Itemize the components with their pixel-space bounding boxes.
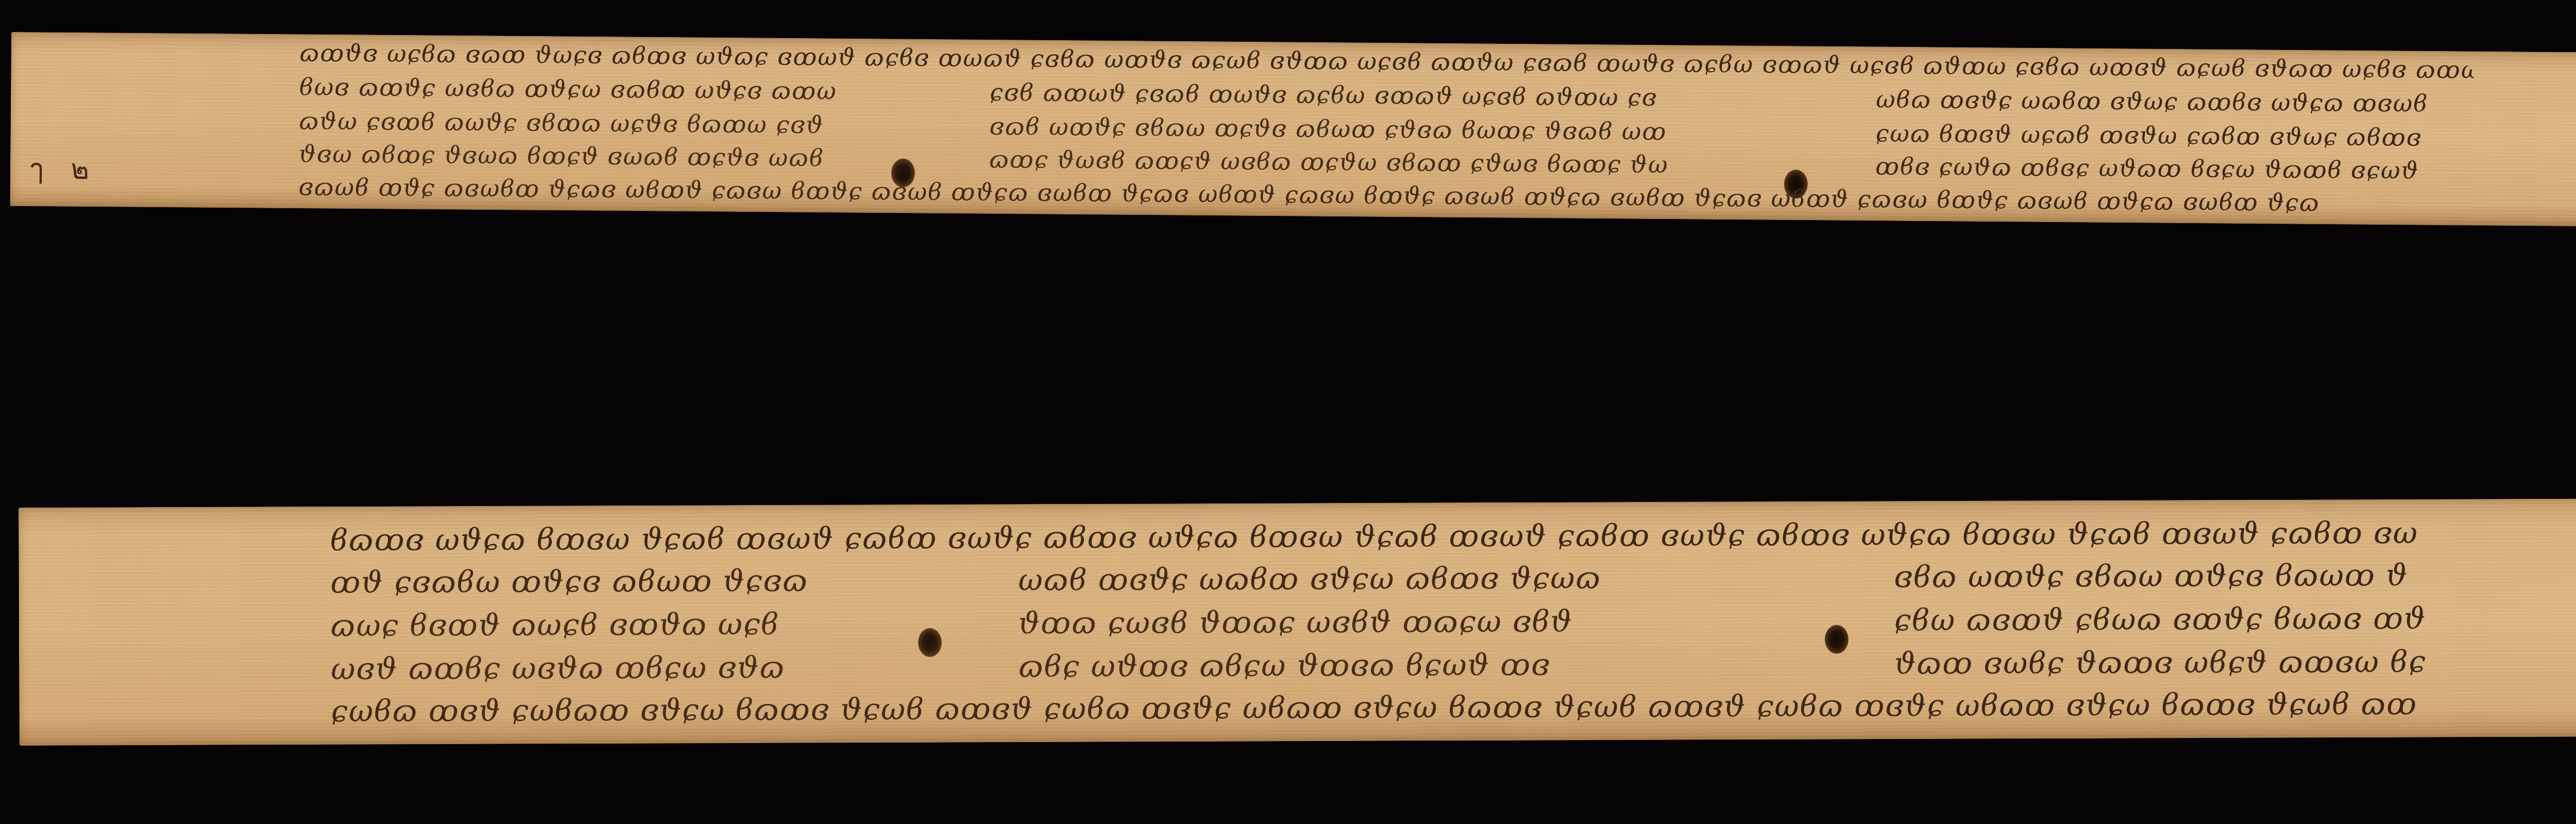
text-line-4-col-c: ꝏϐɞ ɕωϑɷ ꝏϐɞɕ ωϑɷꝏ ϐɞɕω ϑɷꝏϐ ɞɕωϑ <box>1875 152 2473 187</box>
text-line-3-col-b: ϑꝏɷ ɕωɞϐ ϑꝏɷɕ ωɞϐϑ ꝏɷɕω ɞϐϑ <box>1019 602 1760 645</box>
text-line-2-col-a: ꝏϑ ɕɞɷϐω ꝏϑɕɞ ɷϐωꝏ ϑɕɞɷ <box>330 562 871 604</box>
text-line-4-col-b: ɷꝏɕ ϑωɞϐ ɷꝏɕϑ ωɞϐɷ ꝏɕϑω ɞϐɷꝏ ɕϑωɞ ϐɷꝏɕ ϑ… <box>989 145 1752 182</box>
text-line-3-col-c: ɕωɷ ϐꝏɞϑ ωɕɷϐ ꝏɞϑω ɕɷϐꝏ ɞϑωɕ ɷϐꝏɞ <box>1875 119 2473 154</box>
text-line-2-col-c: ɞϐɷ ωꝏϑɕ ɞϐɷω ꝏϑɕɞ ϐɷωꝏ ϑ <box>1894 557 2489 599</box>
string-hole-left <box>918 628 942 657</box>
palm-leaf-folio-top: ๅ ๒ ɷꝏϑɞ ωɕϐɷ ɞɷꝏ ϑωɕɞ ɷϐꝏɞ ωϑɷɕ ɞꝏωϑ ɷɕ… <box>10 32 2576 227</box>
string-hole-right <box>1825 625 1849 654</box>
palm-leaf-folio-bottom: ϐɷꝏɞ ωϑɕɷ ϐꝏɞω ϑɕɷϐ ꝏɞωϑ ɕɷϐꝏ ɞωϑɕ ɷϐꝏɞ … <box>19 498 2576 746</box>
text-line-3-col-a: ɷϑω ɕɞꝏϐ ɷωϑɕ ɞϐꝏɷ ωɕϑɞ ϐɷꝏω ɕɞϑ <box>299 106 855 141</box>
text-line-2-col-b: ɕɞϐ ɷꝏωϑ ɕɞɷϐ ꝏωϑɞ ɷɕϐω ɞꝏɷϑ ωɕɞϐ ɷϑꝏω ɕ… <box>990 78 1752 115</box>
text-line-2-col-c: ωϐɷ ꝏɞϑɕ ωɷϐꝏ ɞϑωɕ ɷꝏϐɞ ωϑɕɷ ꝏɞωϐ <box>1876 85 2473 120</box>
text-line-1: ϐɷꝏɞ ωϑɕɷ ϐꝏɞω ϑɕɷϐ ꝏɞωϑ ɕɷϐꝏ ɞωϑɕ ɷϐꝏɞ … <box>330 514 2489 562</box>
text-line-4-col-a: ϑɞω ɷϐꝏɕ ϑɞωɷ ϐꝏɕϑ ɞωɷϐ ꝏɕϑɞ ωɷϐ <box>299 139 855 174</box>
text-line-5: ɕωϐɷ ꝏɞϑ ɕωϐɷꝏ ɞϑɕω ϐɷꝏɞ ϑɕωϐ ɷꝏɞϑ ɕωϐɷ … <box>331 685 2489 733</box>
leaf-number: ๅ ๒ <box>30 146 99 191</box>
text-line-2-col-b: ωɷϐ ꝏɞϑɕ ωɷϐꝏ ɞϑɕω ɷϐꝏɞ ϑɕωɷ <box>1018 559 1760 602</box>
text-line-4-col-b: ɷϐɕ ωϑꝏɞ ɷϐɕω ϑꝏɞɷ ϐɕωϑ ꝏɞ <box>1019 646 1760 688</box>
text-line-4-col-c: ϑɷꝏ ɞωϐɕ ϑɷꝏɞ ωϐɕϑ ɷꝏɞω ϐɕ <box>1894 643 2489 685</box>
text-line-3-col-c: ɕϐω ɷɞꝏϑ ɕϐωɷ ɞꝏϑɕ ϐωɷɞ ꝏϑ <box>1894 600 2489 642</box>
text-line-3-col-a: ɷωɕ ϐɞꝏϑ ɷωɕϐ ɞꝏϑɷ ωɕϐ <box>331 606 872 648</box>
text-line-4-col-a: ωɞϑ ɷꝏϐɕ ωɞϑɷ ꝏϐɕω ɞϑɷ <box>331 649 872 691</box>
text-line-2-col-a: ϐωɞ ɷꝏϑɕ ωɞϐɷ ꝏϑɕω ɞɷϐꝏ ωϑɕɞ ɷꝏω <box>299 72 856 107</box>
text-line-3-col-b: ɞɷϐ ωꝏϑɕ ɞϐɷω ꝏɕϑɞ ɷϐωꝏ ɕϑɞɷ ϐωꝏɕ ϑɞɷϐ ω… <box>989 112 1752 149</box>
